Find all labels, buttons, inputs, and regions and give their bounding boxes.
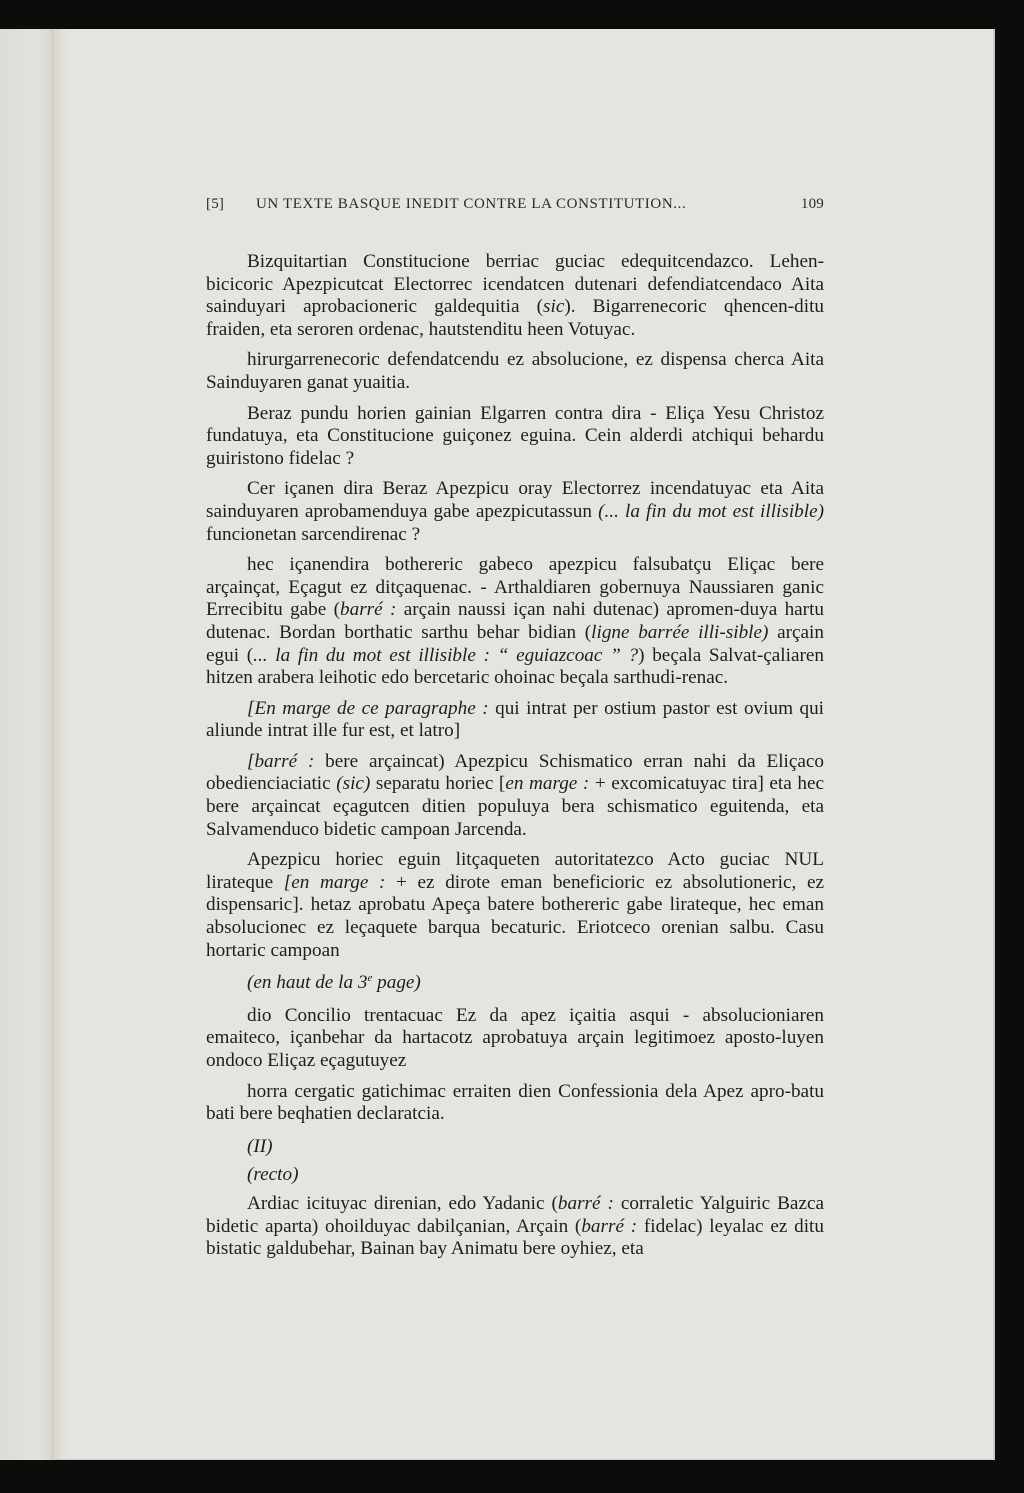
section-number: [5] (206, 196, 224, 213)
italic-run: [en marge : (284, 872, 386, 893)
paragraph: Cer içanen dira Beraz Apezpicu oray Elec… (206, 478, 824, 546)
gutter-shadow (54, 29, 68, 1460)
running-head: [5] UN TEXTE BASQUE INEDIT CONTRE LA CON… (206, 196, 824, 216)
page-location-note: (en haut de la 3e page) (206, 972, 824, 995)
italic-run: barré : (581, 1216, 637, 1237)
italic-run: (sic) (336, 773, 370, 794)
page-number: 109 (801, 196, 824, 213)
running-title: UN TEXTE BASQUE INEDIT CONTRE LA CONSTIT… (256, 196, 686, 213)
text-run: dio Concilio trentacuac Ez da apez içait… (206, 1005, 824, 1071)
text-run: separatu horiec [ (370, 773, 505, 794)
italic-run: (II) (247, 1136, 273, 1157)
italic-run: (recto) (247, 1164, 299, 1185)
scanned-book-spread: [5] UN TEXTE BASQUE INEDIT CONTRE LA CON… (0, 0, 1024, 1493)
margin-note-paragraph: [En marge de ce paragraphe : qui intrat … (206, 698, 824, 743)
italic-run: ... la fin du mot est illisible : “ egui… (253, 645, 638, 666)
italic-run: barré : (340, 599, 396, 620)
text-run: Beraz pundu horien gainian Elgarren cont… (206, 403, 824, 469)
italic-run: barré : (558, 1193, 614, 1214)
italic-run: [En marge de ce paragraphe : (247, 698, 489, 719)
italic-run: (en haut de la 3 (247, 972, 367, 993)
paragraph: [barré : bere arçaincat) Apezpicu Schism… (206, 751, 824, 841)
paragraph: hirurgarrenecoric defendatcendu ez absol… (206, 349, 824, 394)
paragraph: Ardiac icituyac direnian, edo Yadanic (b… (206, 1193, 824, 1261)
paragraph: Bizquitartian Constitucione berriac guci… (206, 251, 824, 341)
italic-run: [barré : (247, 751, 314, 772)
text-run: hirurgarrenecoric defendatcendu ez absol… (206, 349, 824, 393)
paragraph: hec içanendira bothereric gabeco apezpic… (206, 554, 824, 690)
section-marker-ii: (II) (206, 1136, 824, 1159)
paragraph: dio Concilio trentacuac Ez da apez içait… (206, 1005, 824, 1073)
recto-label: (recto) (206, 1164, 824, 1187)
paragraph: Beraz pundu horien gainian Elgarren cont… (206, 403, 824, 471)
text-run: Ardiac icituyac direnian, edo Yadanic ( (247, 1193, 558, 1214)
paragraph: horra cergatic gatichimac erraiten dien … (206, 1081, 824, 1126)
italic-run: (... la fin du mot est illisible) (598, 501, 824, 522)
italic-run: ligne barrée illi-sible) (591, 622, 768, 643)
paragraph: Apezpicu horiec eguin litçaqueten autori… (206, 849, 824, 962)
text-run: horra cergatic gatichimac erraiten dien … (206, 1081, 824, 1125)
body-text: Bizquitartian Constitucione berriac guci… (206, 251, 824, 1269)
italic-run: page) (372, 972, 420, 993)
italic-run: en marge : (505, 773, 589, 794)
previous-page-edge (0, 29, 52, 1460)
text-run: funcionetan sarcendirenac ? (206, 524, 420, 545)
italic-run: sic (543, 296, 564, 317)
